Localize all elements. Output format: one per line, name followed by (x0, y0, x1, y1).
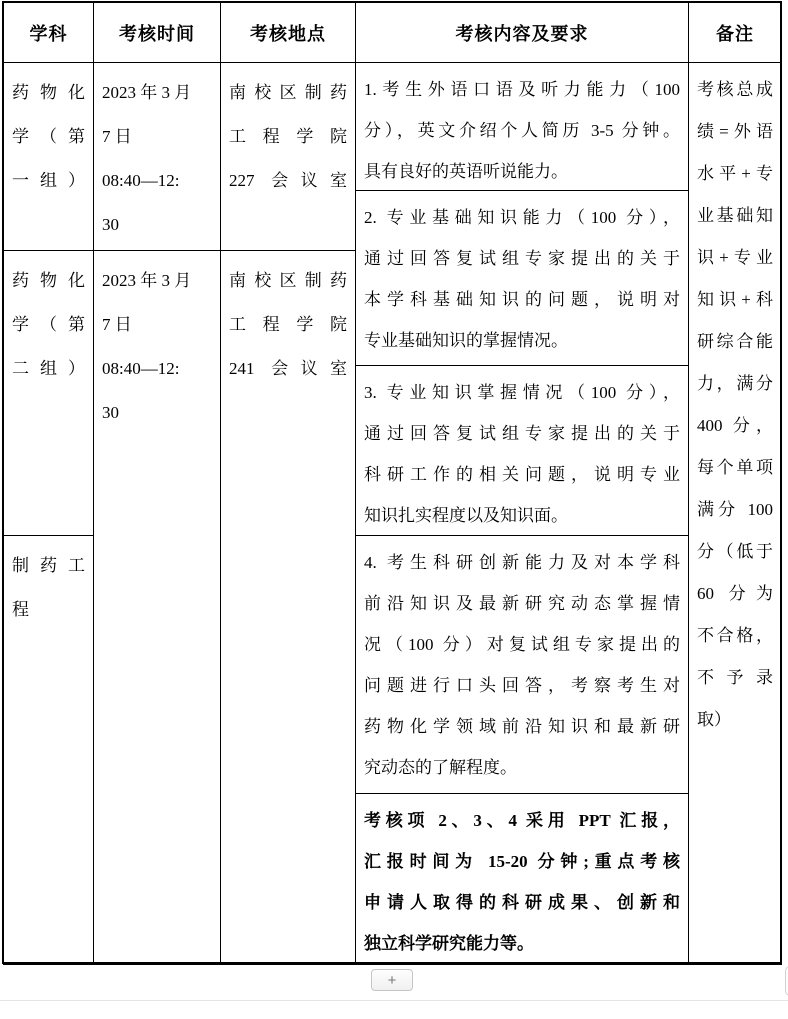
text-line: 7 日 (102, 115, 212, 159)
text-line: 2023 年 3 月 (102, 71, 212, 115)
text-line: 况（100 分）对复试组专家提出的 (364, 624, 680, 665)
text-line: 南校区制药 (229, 259, 347, 303)
text-line: 问题进行口头回答，考察考生对 (364, 665, 680, 706)
text-line: 究动态的了解程度。 (364, 747, 680, 788)
text-line: 每个单项 (697, 447, 773, 489)
text-line: 工程学院 (229, 303, 347, 347)
header-cell-time: 考核时间 (93, 2, 221, 63)
text-line: 识+专业 (697, 237, 773, 279)
cell-subject-pharma-engineering: 制药工程 (3, 535, 94, 965)
text-line: 考核总成 (697, 69, 773, 111)
text-line: 药物化 (12, 71, 85, 115)
text-line: 本学科基础知识的问题，说明对 (364, 279, 680, 320)
page-divider (0, 1000, 788, 1001)
text-line: 取） (697, 699, 773, 741)
text-line: 08:40—12: (102, 347, 212, 391)
text-line: 4. 考生科研创新能力及对本学科 (364, 542, 680, 583)
text-line: 3. 专业知识掌握情况（100 分）， (364, 372, 680, 413)
text-line: 具有良好的英语听说能力。 (364, 151, 680, 191)
cell-location-group1: 南校区制药工程学院227 会议室 (220, 62, 356, 251)
text-line: 30 (102, 391, 212, 435)
text-line: 241 会议室 (229, 347, 347, 391)
text-line: 知识扎实程度以及知识面。 (364, 495, 680, 536)
text-line: 独立科学研究能力等。 (364, 923, 680, 964)
text-line: 程 (12, 588, 85, 632)
cell-content-item-1: 1.考生外语口语及听力能力（100分），英文介绍个人简历 3-5 分钟。具有良好… (355, 62, 689, 191)
text-line: 力，满分 (697, 363, 773, 405)
text-line: 分），英文介绍个人简历 3-5 分钟。 (364, 110, 680, 151)
text-line: 前沿知识及最新研究动态掌握情 (364, 583, 680, 624)
text-line: 2023 年 3 月 (102, 259, 212, 303)
text-line: 通过回答复试组专家提出的关于 (364, 238, 680, 279)
text-line: 分（低于 (697, 531, 773, 573)
text-line: 研综合能 (697, 321, 773, 363)
document-page: { "table": { "headers": ["学科", "考核时间", "… (0, 0, 788, 1019)
text-line: 制药工 (12, 544, 85, 588)
text-line: 通过回答复试组专家提出的关于 (364, 413, 680, 454)
text-line: 227 会议室 (229, 159, 347, 203)
text-line: 30 (102, 203, 212, 247)
header-cell-location: 考核地点 (220, 2, 356, 63)
header-cell-content: 考核内容及要求 (355, 2, 689, 63)
text-line: 1.考生外语口语及听力能力（100 (364, 69, 680, 110)
cell-remark: 考核总成绩=外语水平+专业基础知识+专业知识+科研综合能力，满分400 分，每个… (688, 62, 782, 965)
text-line: 满分 100 (697, 489, 773, 531)
text-line: 60 分为 (697, 573, 773, 615)
cell-content-item-2: 2. 专业基础知识能力（100 分），通过回答复试组专家提出的关于本学科基础知识… (355, 190, 689, 366)
text-line: 业基础知 (697, 195, 773, 237)
text-line: 2. 专业基础知识能力（100 分）， (364, 197, 680, 238)
text-line: 知识+科 (697, 279, 773, 321)
cell-content-item-4: 4. 考生科研创新能力及对本学科前沿知识及最新研究动态掌握情况（100 分）对复… (355, 535, 689, 794)
text-line: 专业基础知识的掌握情况。 (364, 320, 680, 361)
text-line: 不予录 (697, 657, 773, 699)
text-line: 科研工作的相关问题，说明专业 (364, 454, 680, 495)
text-line: 药物化学领域前沿知识和最新研 (364, 706, 680, 747)
cell-content-item-3: 3. 专业知识掌握情况（100 分），通过回答复试组专家提出的关于科研工作的相关… (355, 365, 689, 536)
cell-time-group1: 2023 年 3 月7 日08:40—12:30 (93, 62, 221, 251)
cell-subject-group2: 药物化学（第二组） (3, 250, 94, 536)
text-line: 二组） (12, 347, 85, 391)
text-line: 考核项 2、3、4 采用 PPT 汇报， (364, 800, 680, 841)
text-line: 药物化 (12, 259, 85, 303)
text-line: 学（第 (12, 303, 85, 347)
cell-location-group2: 南校区制药工程学院241 会议室 (220, 250, 356, 965)
header-cell-remark: 备注 (688, 2, 782, 63)
text-line: 汇报时间为 15-20 分钟;重点考核 (364, 841, 680, 882)
text-line: 学（第 (12, 115, 85, 159)
text-line: 400 分， (697, 405, 773, 447)
text-line: 绩=外语 (697, 111, 773, 153)
header-cell-subject: 学科 (3, 2, 94, 63)
text-line: 不合格， (697, 615, 773, 657)
text-line: 7 日 (102, 303, 212, 347)
text-line: 一组） (12, 159, 85, 203)
text-line: 工程学院 (229, 115, 347, 159)
cell-content-ppt-note: 考核项 2、3、4 采用 PPT 汇报，汇报时间为 15-20 分钟;重点考核申… (355, 793, 689, 965)
text-line: 水平+专 (697, 153, 773, 195)
text-line: 08:40—12: (102, 159, 212, 203)
cell-time-group2: 2023 年 3 月7 日08:40—12:30 (93, 250, 221, 965)
text-line: 申请人取得的科研成果、创新和 (364, 882, 680, 923)
cell-subject-group1: 药物化学（第一组） (3, 62, 94, 251)
text-line: 南校区制药 (229, 71, 347, 115)
add-row-button[interactable]: + (371, 969, 413, 991)
